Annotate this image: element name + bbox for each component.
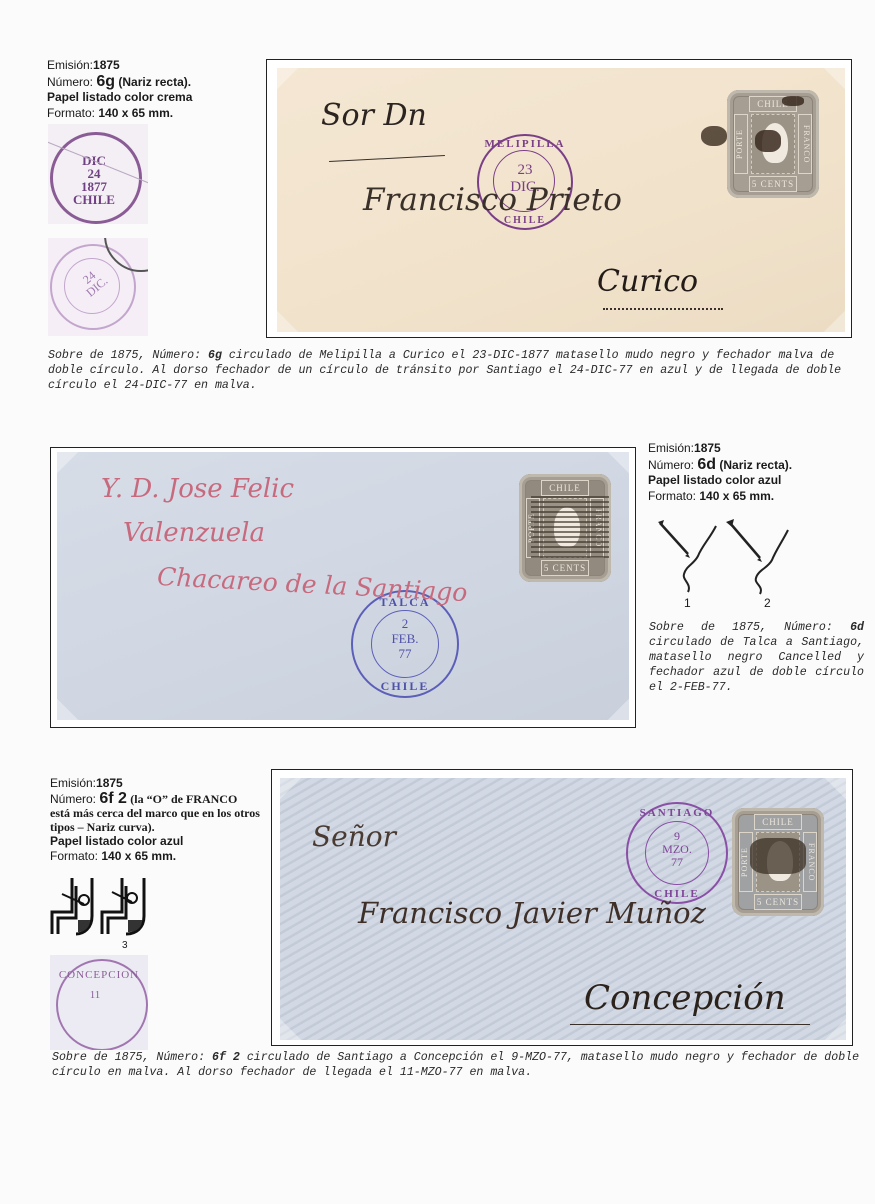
info-block-6d: Emisión:1875 Número: 6d (Nariz recta). P…	[648, 441, 868, 504]
envelope-6d[interactable]: CHILE PORTE FRANCO 5 CENTS TALCA 2 FEB. …	[57, 452, 629, 720]
caption-prefix: Sobre de 1875, Número:	[649, 621, 833, 634]
arrow-nose-icon	[652, 516, 722, 596]
arrow-nose-icon	[722, 516, 792, 596]
envelope-frame-6g: CHILE PORTE FRANCO 5 CENTS MELIPILLA 23 …	[266, 59, 852, 338]
address-line2: Valenzuela	[123, 518, 265, 548]
numero-label: Número:	[47, 75, 93, 89]
caption-6d: Sobre de 1875, Número: 6d circulado de T…	[649, 620, 864, 695]
address-name: Francisco Prieto	[363, 182, 622, 218]
caption-prefix: Sobre de 1875, Número:	[48, 349, 201, 362]
numero-note: (Nariz recta).	[118, 75, 191, 89]
stamp-top-text: CHILE	[541, 480, 589, 496]
envelope-frame-6d: CHILE PORTE FRANCO 5 CENTS TALCA 2 FEB. …	[50, 447, 636, 728]
numero-value: 6f 2	[99, 790, 127, 807]
stamp-right-text: FRANCO	[798, 114, 812, 174]
emision-value: 1875	[93, 58, 120, 72]
mute-cancel	[750, 838, 806, 874]
envelope-6g[interactable]: CHILE PORTE FRANCO 5 CENTS MELIPILLA 23 …	[277, 68, 845, 332]
detail-pm-country: CHILE	[48, 193, 140, 206]
emision-label: Emisión:	[47, 58, 93, 72]
address-line3: Chacareo de la Santiago	[156, 562, 468, 607]
address-city: Concepción	[584, 978, 786, 1018]
formato-value: 140 x 65 mm.	[699, 489, 774, 503]
variety-figure-2: 2	[722, 516, 792, 611]
postmark-year: 77	[628, 856, 726, 869]
emision-label: Emisión:	[648, 441, 694, 455]
postmark-talca: TALCA 2 FEB. 77 CHILE	[351, 590, 459, 698]
variety-figure-frame-b: 3	[100, 876, 150, 956]
paper-type: Papel listado color crema	[47, 90, 192, 104]
variety-label: 3	[122, 940, 128, 951]
paper-type: Papel listado color azul	[648, 473, 781, 487]
caption-6g: Sobre de 1875, Número: 6g circulado de M…	[48, 348, 863, 393]
emision-value: 1875	[694, 441, 721, 455]
address-name: Francisco Javier Muñoz	[358, 896, 706, 930]
paper-type: Papel listado color azul	[50, 834, 183, 848]
formato-value: 140 x 65 mm.	[101, 849, 176, 863]
stamp-corner-detail-icon	[100, 876, 150, 938]
address-line1: Y. D. Jose Felic	[101, 474, 294, 504]
mute-cancel-blot	[701, 126, 727, 146]
variety-label: 2	[764, 596, 771, 610]
address-city: Curico	[597, 264, 698, 299]
postmark-day: 2	[353, 616, 457, 631]
stamp-6g: CHILE PORTE FRANCO 5 CENTS	[727, 90, 819, 198]
formato-label: Formato:	[648, 489, 696, 503]
postmark-day: 23	[479, 162, 571, 179]
formato-value: 140 x 65 mm.	[98, 106, 173, 120]
numero-value: 6g	[96, 73, 115, 90]
album-page: { "sections": [ { "id": "6g", "info": { …	[0, 0, 875, 1204]
address-salutation: Sor Dn	[321, 98, 427, 133]
detail-postmark-arrival: 24 DIC.	[48, 238, 148, 336]
variety-figure-frame-a	[50, 876, 100, 946]
envelope-6f2[interactable]: CHILE PORTE FRANCO 5 CENTS SANTIAGO 9 MZ…	[280, 778, 846, 1040]
emision-value: 1875	[96, 776, 123, 790]
numero-label: Número:	[50, 792, 96, 806]
variety-label: 1	[684, 596, 691, 610]
postmark-country: CHILE	[353, 679, 457, 694]
stamp-6f2: CHILE PORTE FRANCO 5 CENTS	[732, 808, 824, 916]
caption-number: 6f 2	[212, 1051, 240, 1064]
postmark-month: FEB.	[353, 631, 457, 646]
caption-number: 6d	[850, 621, 864, 634]
stamp-bottom-text: 5 CENTS	[541, 560, 589, 576]
caption-number: 6g	[208, 349, 222, 362]
stamp-left-text: PORTE	[734, 114, 748, 174]
postmark-santiago: SANTIAGO 9 MZO. 77 CHILE	[626, 802, 728, 904]
caption-6f2: Sobre de 1875, Número: 6f 2 circulado de…	[52, 1050, 867, 1080]
stamp-bottom-text: 5 CENTS	[754, 894, 802, 910]
caption-text: circulado de Talca a Santiago, matasello…	[649, 636, 864, 694]
postmark-year: 77	[353, 646, 457, 661]
postmark-town: MELIPILLA	[479, 138, 571, 150]
envelope-frame-6f2: CHILE PORTE FRANCO 5 CENTS SANTIAGO 9 MZ…	[271, 769, 853, 1046]
stamp-bottom-text: 5 CENTS	[749, 176, 797, 192]
detail-postmark-santiago: DIC 24 1877 CHILE	[48, 124, 148, 224]
detail-pm-town: CONCEPCION	[50, 969, 148, 981]
address-salutation: Señor	[312, 820, 396, 853]
caption-prefix: Sobre de 1875, Número:	[52, 1051, 205, 1064]
stamp-6d: CHILE PORTE FRANCO 5 CENTS	[519, 474, 611, 582]
numero-note: (Nariz recta).	[719, 458, 792, 472]
cancelled-bar-cancel	[531, 496, 609, 558]
formato-label: Formato:	[50, 849, 98, 863]
detail-pm-day: 11	[50, 989, 140, 1001]
stamp-top-text: CHILE	[754, 814, 802, 830]
detail-postmark-concepcion: CONCEPCION 11	[50, 955, 148, 1050]
numero-value: 6d	[697, 456, 716, 473]
info-block-6g: Emisión:1875 Número: 6g (Nariz recta). P…	[47, 58, 262, 121]
postmark-town: SANTIAGO	[628, 807, 726, 819]
stamp-corner-detail-icon	[50, 876, 100, 938]
formato-label: Formato:	[47, 106, 95, 120]
variety-figure-1: 1	[652, 516, 722, 611]
numero-label: Número:	[648, 458, 694, 472]
info-block-6f2: Emisión:1875 Número: 6f 2 (la “O” de FRA…	[50, 776, 260, 865]
emision-label: Emisión:	[50, 776, 96, 790]
